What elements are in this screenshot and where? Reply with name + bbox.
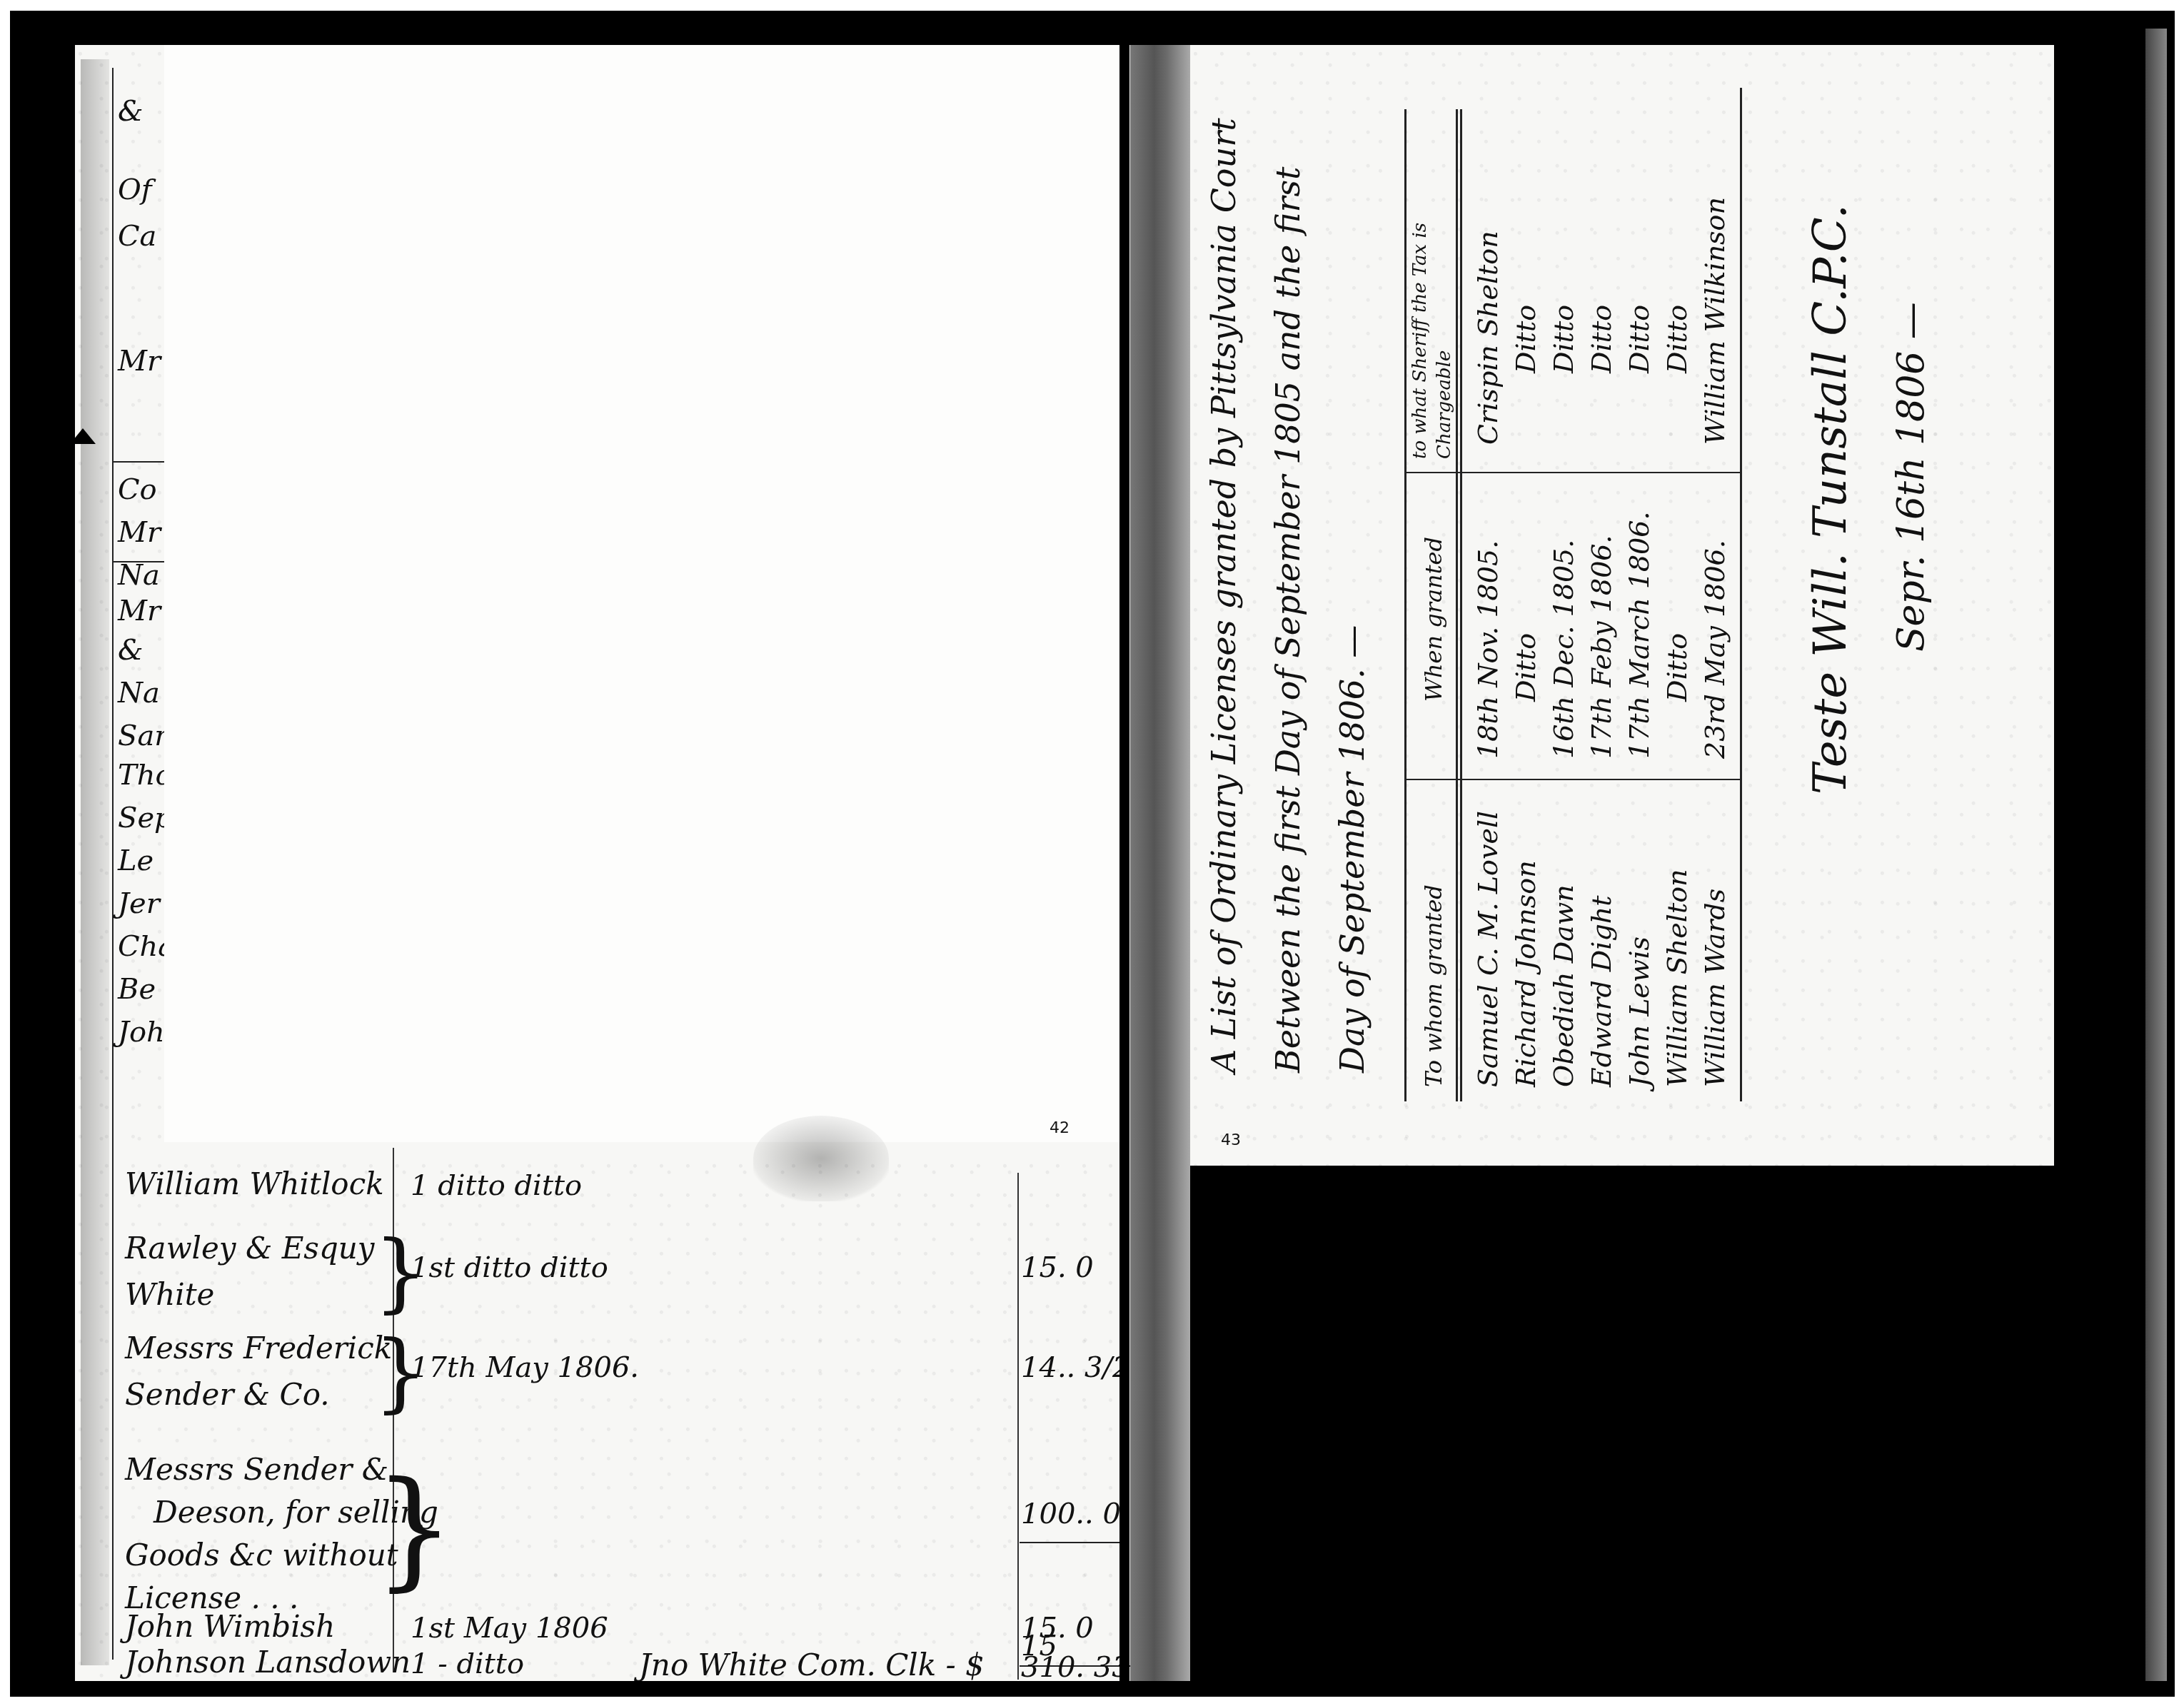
ledger-name: Messrs Frederick (125, 1333, 392, 1363)
attestation-signature: Teste Will. Tunstall C.P.C. (1804, 204, 1857, 794)
row-when: Ditto (1661, 633, 1693, 702)
row-name: William Wards (1699, 889, 1731, 1087)
table-rule (1460, 109, 1462, 1101)
license-table: To whom granted When granted to what She… (1404, 109, 1743, 1101)
margin-rule (112, 68, 114, 1660)
ledger-column-rule (1017, 1173, 1019, 1680)
row-sheriff: William Wilkinson (1699, 197, 1731, 445)
column-header: to what Sheriff the Tax is Chargeable (1409, 116, 1457, 459)
table-rule (1404, 109, 1406, 1101)
row-when: 17th Feby 1806. (1586, 535, 1617, 759)
column-header: When granted (1420, 537, 1447, 702)
left-ledger-page: & Of Ca Mr Co Mr Na Mr & Na Sam Tho Sep … (75, 45, 1139, 1681)
page-number: 43 (1221, 1131, 1241, 1149)
gutter-shadow (1130, 45, 1190, 1681)
row-when: Ditto (1510, 633, 1541, 702)
margin-fragment: Co (118, 473, 157, 506)
margin-fragment: & (118, 634, 144, 667)
row-when: 18th Nov. 1805. (1472, 540, 1504, 759)
row-sheriff: Ditto (1510, 305, 1541, 373)
row-sheriff: Ditto (1661, 305, 1693, 373)
ledger-name: Sender & Co. (125, 1380, 330, 1410)
row-sheriff: Ditto (1548, 305, 1579, 373)
page-number: 42 (1050, 1119, 1070, 1137)
row-sheriff: Crispin Shelton (1472, 231, 1504, 445)
list-title-line: Day of September 1806. — (1333, 625, 1372, 1073)
margin-fragment: Mr (118, 345, 161, 378)
ledger-name: White (125, 1280, 214, 1310)
margin-fragment: Na (118, 559, 160, 592)
ledger-name: John Wimbish (125, 1612, 335, 1642)
margin-fragment: Mr (118, 516, 161, 549)
right-license-page: A List of Ordinary Licenses granted by P… (1190, 45, 2054, 1166)
ledger-date: 1 - ditto (411, 1647, 524, 1680)
ledger-amount: 100.. 0 (1021, 1498, 1121, 1530)
ledger-name: Johnson Lansdown (125, 1647, 411, 1677)
clerk-signature: Jno White Com. Clk - $ (639, 1647, 985, 1681)
ledger-date: 17th May 1806. (411, 1351, 639, 1384)
column-rule (1404, 472, 1740, 473)
margin-shadow (81, 59, 109, 1665)
margin-fragment: & (118, 95, 144, 128)
row-name: John Lewis (1624, 937, 1655, 1087)
margin-fragment: Le (118, 844, 154, 877)
rotated-content: A List of Ordinary Licenses granted by P… (1190, 45, 2054, 1166)
amount-rule (1020, 1542, 1119, 1543)
row-sheriff: Ditto (1624, 305, 1655, 373)
ledger-name: Goods &c without (125, 1540, 398, 1570)
margin-fragment: Of (118, 173, 152, 206)
margin-fragment: Joh (118, 1016, 165, 1049)
ledger-amount: 14.. 3/2 (1021, 1351, 1130, 1384)
row-when: 16th Dec. 1805. (1548, 540, 1579, 759)
ink-smudge (753, 1116, 889, 1201)
row-name: Edward Dight (1586, 895, 1617, 1087)
table-rule (1740, 88, 1742, 1101)
column-header: To whom granted (1420, 884, 1447, 1087)
ledger-date: 1st ditto ditto (411, 1251, 608, 1284)
scan-black-area (1190, 1166, 2054, 1681)
row-when: 17th March 1806. (1624, 511, 1655, 759)
margin-fragment: Jer (118, 887, 160, 920)
ledger-amount: 15. 0 (1021, 1251, 1094, 1284)
row-name: William Shelton (1661, 869, 1693, 1087)
row-when: 23rd May 1806. (1699, 540, 1731, 759)
margin-fragment: Ca (118, 220, 156, 253)
ledger-name: Messrs Sender & (125, 1455, 388, 1485)
margin-arrow-mark (70, 428, 96, 444)
ledger-name: Rawley & Esquy (125, 1233, 375, 1263)
ledger-name: William Whitlock (125, 1169, 384, 1199)
attestation-date: Sepr. 16th 1806 — (1890, 302, 1933, 652)
margin-fragment: Na (118, 677, 160, 710)
list-title-line: A List of Ordinary Licenses granted by P… (1204, 118, 1243, 1073)
row-sheriff: Ditto (1586, 305, 1617, 373)
row-name: Richard Johnson (1510, 860, 1541, 1087)
row-name: Obediah Dawn (1548, 884, 1579, 1087)
row-name: Samuel C. M. Lovell (1472, 811, 1504, 1087)
brace-mark: } (373, 1465, 456, 1594)
list-title-line: Between the first Day of September 1805 … (1269, 167, 1307, 1074)
ledger-date: 1 ditto ditto (411, 1169, 582, 1202)
book-spine (1119, 45, 1129, 1681)
blank-overlay-sheet (164, 45, 1128, 1142)
column-rule (1404, 779, 1740, 780)
margin-fragment: Mr (118, 595, 161, 627)
ledger-date: 1st May 1806 (411, 1612, 608, 1645)
scan-edge-band (2145, 29, 2167, 1681)
margin-fragment: Be (118, 973, 156, 1006)
